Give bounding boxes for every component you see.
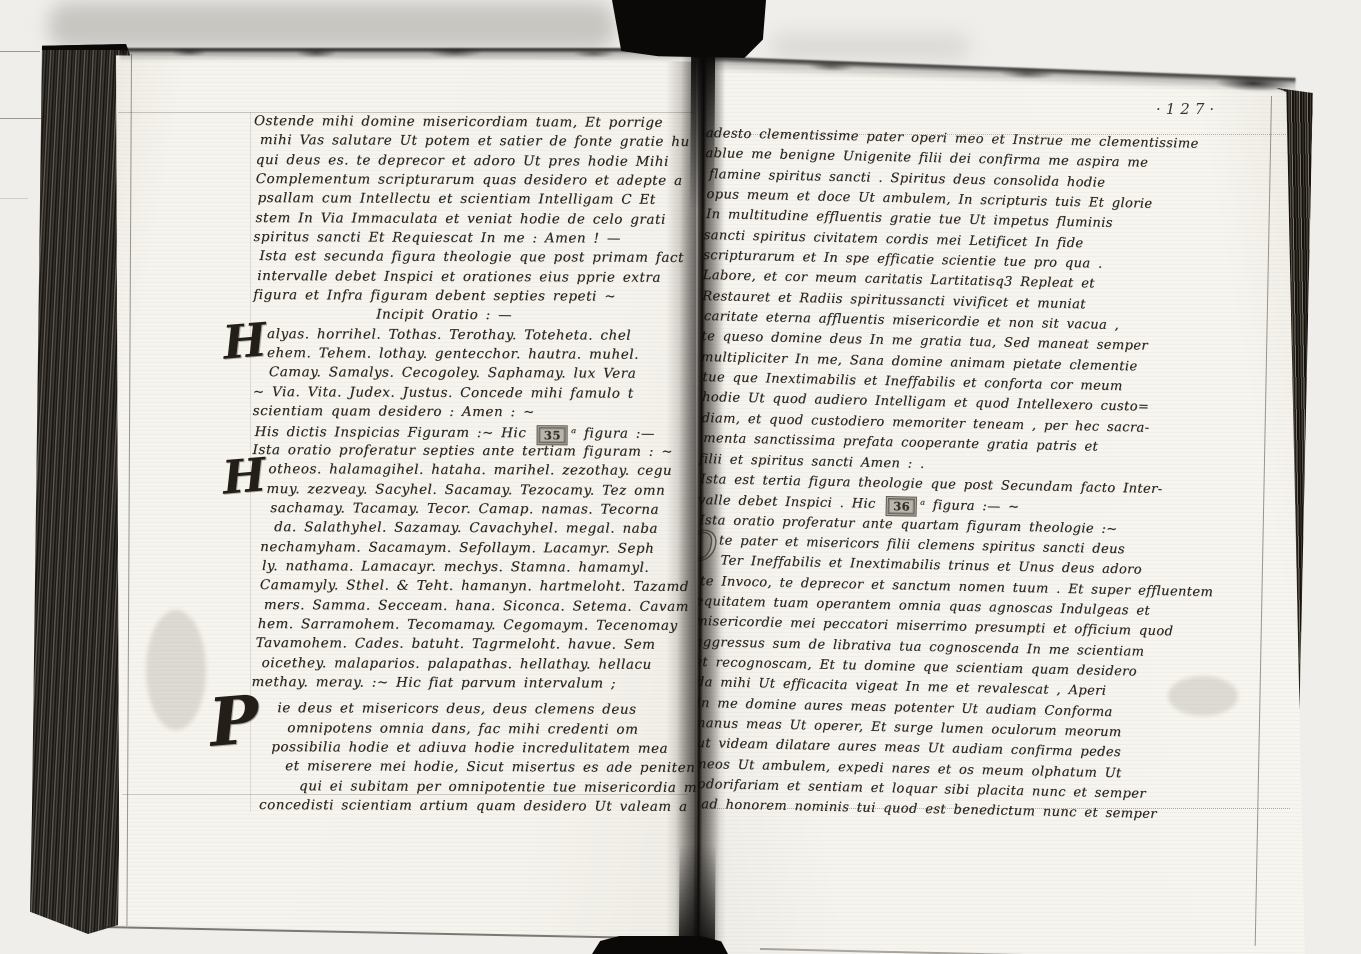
ruling-line bbox=[118, 112, 694, 113]
manuscript-line: His dictis Inspicias Figuram :~ Hic 35ᵃ … bbox=[253, 423, 705, 444]
right-page-text: adesto clementissime pater operi meo et … bbox=[691, 126, 1266, 830]
manuscript-line: Ista oratio proferatur septies ante tert… bbox=[252, 443, 704, 464]
manuscript-line: muy. zezveay. Sacyhel. Sacamay. Tezocamy… bbox=[252, 482, 704, 503]
ink-showthrough bbox=[146, 610, 206, 730]
book-gutter bbox=[675, 52, 725, 954]
manuscript-line: intervalle debet Inspici et orationes ei… bbox=[253, 269, 705, 290]
book-fore-edge-left bbox=[30, 44, 130, 934]
left-page: Ostende mihi domine misericordiam tuam, … bbox=[116, 50, 696, 940]
binding-strap-bottom bbox=[592, 936, 728, 954]
manuscript-line: nechamyham. Sacamaym. Sefollaym. Lacamyr… bbox=[252, 540, 704, 561]
manuscript-line: Halyas. horrihel. Tothas. Terothay. Tote… bbox=[253, 327, 705, 348]
folio-number: ·127· bbox=[1156, 100, 1219, 118]
manuscript-line: ly. nathama. Lamacayr. mechys. Stamna. h… bbox=[252, 559, 704, 580]
manuscript-line: methay. meray. :~ Hic fiat parvum interv… bbox=[251, 675, 703, 696]
page-top-shadow bbox=[48, 2, 616, 50]
manuscript-line: Ostende mihi domine misericordiam tuam, … bbox=[254, 114, 706, 135]
left-page-text: Ostende mihi domine misericordiam tuam, … bbox=[251, 114, 706, 819]
figure-number-box: 36 bbox=[886, 496, 917, 517]
manuscript-line: spiritus sancti Et Requiescat In me : Am… bbox=[253, 230, 705, 251]
manuscript-line: mihi Vas salutare Ut potem et satier de … bbox=[254, 133, 706, 154]
manuscript-line: Ista est secunda figura theologie que po… bbox=[253, 249, 705, 270]
manuscript-line: Tavamohem. Cades. batuht. Tagrmeloht. ha… bbox=[252, 636, 704, 657]
manuscript-line: qui ei subitam per omnipotentie tue mise… bbox=[251, 779, 703, 800]
manuscript-line: et miserere mei hodie, Sicut misertus es… bbox=[251, 759, 703, 780]
manuscript-line: stem In Via Immaculata et veniat hodie d… bbox=[253, 211, 705, 232]
binding-strap-top bbox=[612, 0, 766, 58]
manuscript-line: ehem. Tehem. lothay. gentecchor. hautra.… bbox=[253, 346, 705, 367]
manuscript-line: omnipotens omnia dans, fac mihi credenti… bbox=[251, 721, 703, 742]
manuscript-line: hem. Sarramohem. Tecomamay. Cegomaym. Te… bbox=[252, 617, 704, 638]
open-manuscript-photo: Ostende mihi domine misericordiam tuam, … bbox=[0, 0, 1361, 954]
manuscript-line: Camamyly. Sthel. & Teht. hamanyn. hartme… bbox=[252, 578, 704, 599]
right-page: ·127· adesto clementissime pater operi m… bbox=[698, 56, 1314, 954]
manuscript-line: mers. Samma. Secceam. hana. Siconca. Set… bbox=[252, 598, 704, 619]
manuscript-line: da. Salathyhel. Sazamay. Cavachyhel. meg… bbox=[252, 520, 704, 541]
manuscript-line: scientiam quam desidero : Amen : ~ bbox=[253, 404, 705, 425]
manuscript-line: Pie deus et misericors deus, deus clemen… bbox=[251, 701, 703, 722]
manuscript-line: Hotheos. halamagihel. hataha. marihel. z… bbox=[252, 462, 704, 483]
manuscript-line: ~ Via. Vita. Judex. Justus. Concede mihi… bbox=[253, 385, 705, 406]
manuscript-line: concedisti scientiam artium quam desider… bbox=[251, 798, 703, 819]
manuscript-line: sachamay. Tacamay. Tecor. Camap. namas. … bbox=[252, 501, 704, 522]
page-edge-smudge bbox=[120, 48, 698, 62]
page-top-shadow bbox=[770, 34, 970, 60]
manuscript-line: figura et Infra figuram debent septies r… bbox=[253, 288, 705, 309]
illuminated-initial: H bbox=[221, 319, 268, 363]
manuscript-line: psallam cum Intellectu et scientiam Inte… bbox=[254, 191, 706, 212]
illuminated-initial: H bbox=[221, 454, 268, 498]
background-table-edge bbox=[0, 51, 40, 52]
manuscript-line: possibilia hodie et adiuva hodie incredu… bbox=[251, 740, 703, 761]
manuscript-line: Complementum scripturarum quas desidero … bbox=[254, 172, 706, 193]
manuscript-line: Incipit Oratio : — bbox=[253, 307, 705, 328]
manuscript-line: oicethey. malaparios. palapathas. hellat… bbox=[252, 656, 704, 677]
manuscript-line: qui deus es. te deprecor et adoro Ut pre… bbox=[254, 153, 706, 174]
manuscript-line: Camay. Samalys. Cecogoley. Saphamay. lux… bbox=[253, 365, 705, 386]
figure-number-box: 35 bbox=[537, 425, 568, 445]
illuminated-initial: P bbox=[207, 691, 262, 751]
background-table-edge bbox=[0, 198, 28, 199]
